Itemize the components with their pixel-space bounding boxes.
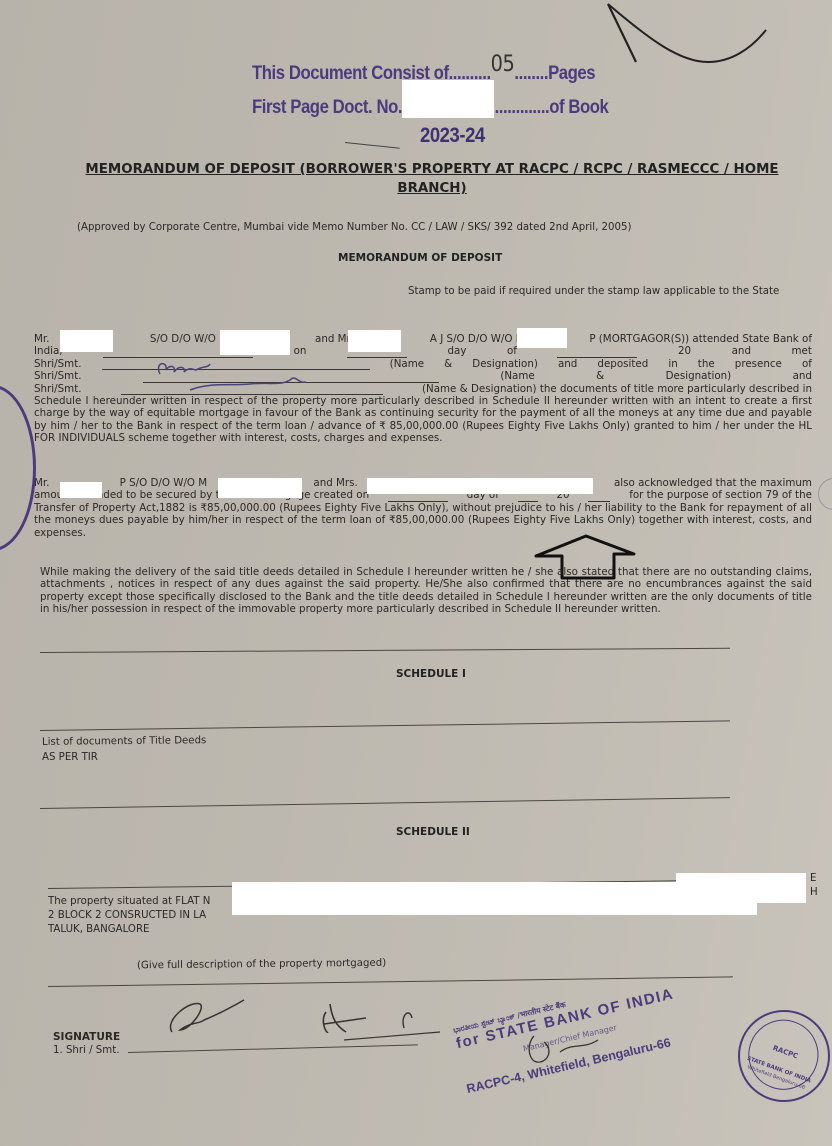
mortgage-intent-text: Schedule I hereunder written in respect … bbox=[34, 395, 812, 445]
stamp-note: Stamp to be paid if required under the s… bbox=[408, 285, 779, 299]
schedule-1-heading: SCHEDULE I bbox=[396, 668, 466, 680]
signature-line-label: 1. Shri / Smt. bbox=[53, 1044, 119, 1058]
handwritten-dash bbox=[345, 142, 400, 149]
approval-note: (Approved by Corporate Centre, Mumbai vi… bbox=[77, 221, 631, 235]
divider-line bbox=[40, 648, 730, 653]
property-description-tail: E bbox=[810, 872, 816, 886]
divider-line bbox=[40, 797, 730, 809]
handwritten-witness-names bbox=[150, 360, 350, 395]
schedule-2-heading: SCHEDULE II bbox=[396, 826, 470, 838]
redacted-name bbox=[367, 478, 593, 494]
property-description-note: (Give full description of the property m… bbox=[137, 957, 386, 973]
borrower-signature bbox=[160, 990, 440, 1050]
redacted-doc-number bbox=[402, 80, 494, 118]
handwritten-check-mark bbox=[590, 0, 790, 70]
redacted-name bbox=[517, 328, 567, 348]
property-description-tail: H bbox=[810, 886, 818, 900]
divider-line bbox=[40, 720, 730, 731]
redacted-name bbox=[60, 330, 113, 352]
schedule-1-label: List of documents of Title Deeds bbox=[42, 734, 206, 749]
handwritten-page-count: 05 bbox=[491, 52, 515, 77]
subtitle: MEMORANDUM OF DEPOSIT bbox=[338, 252, 502, 264]
year-stamp: 2023-24 bbox=[420, 124, 485, 148]
redacted-name bbox=[348, 330, 401, 352]
property-description-line-3: TALUK, BANGALORE bbox=[48, 923, 149, 937]
partial-seal-left-edge bbox=[0, 385, 36, 551]
property-description-line-2: 2 BLOCK 2 CONSRUCTED IN LA bbox=[48, 909, 206, 923]
officer-initials bbox=[520, 1020, 600, 1070]
redacted-name bbox=[220, 330, 290, 355]
redacted-name bbox=[218, 478, 302, 498]
schedule-1-value: AS PER TIR bbox=[42, 751, 98, 765]
redacted-name bbox=[60, 482, 102, 498]
maximum-amount-text: Transfer of Property Act,1882 is ₹85,00,… bbox=[34, 502, 812, 539]
partial-mark-right-edge bbox=[818, 478, 832, 510]
redacted-property-address bbox=[676, 873, 806, 903]
round-bank-seal: RACPC STATE BANK OF INDIA Whitefield Ben… bbox=[725, 997, 832, 1115]
declaration-paragraph: While making the delivery of the said ti… bbox=[40, 566, 812, 616]
property-description-line-1: The property situated at FLAT N bbox=[48, 895, 210, 909]
signature-heading: SIGNATURE bbox=[53, 1031, 120, 1043]
document-title: MEMORANDUM OF DEPOSIT (BORROWER'S PROPER… bbox=[52, 160, 812, 198]
